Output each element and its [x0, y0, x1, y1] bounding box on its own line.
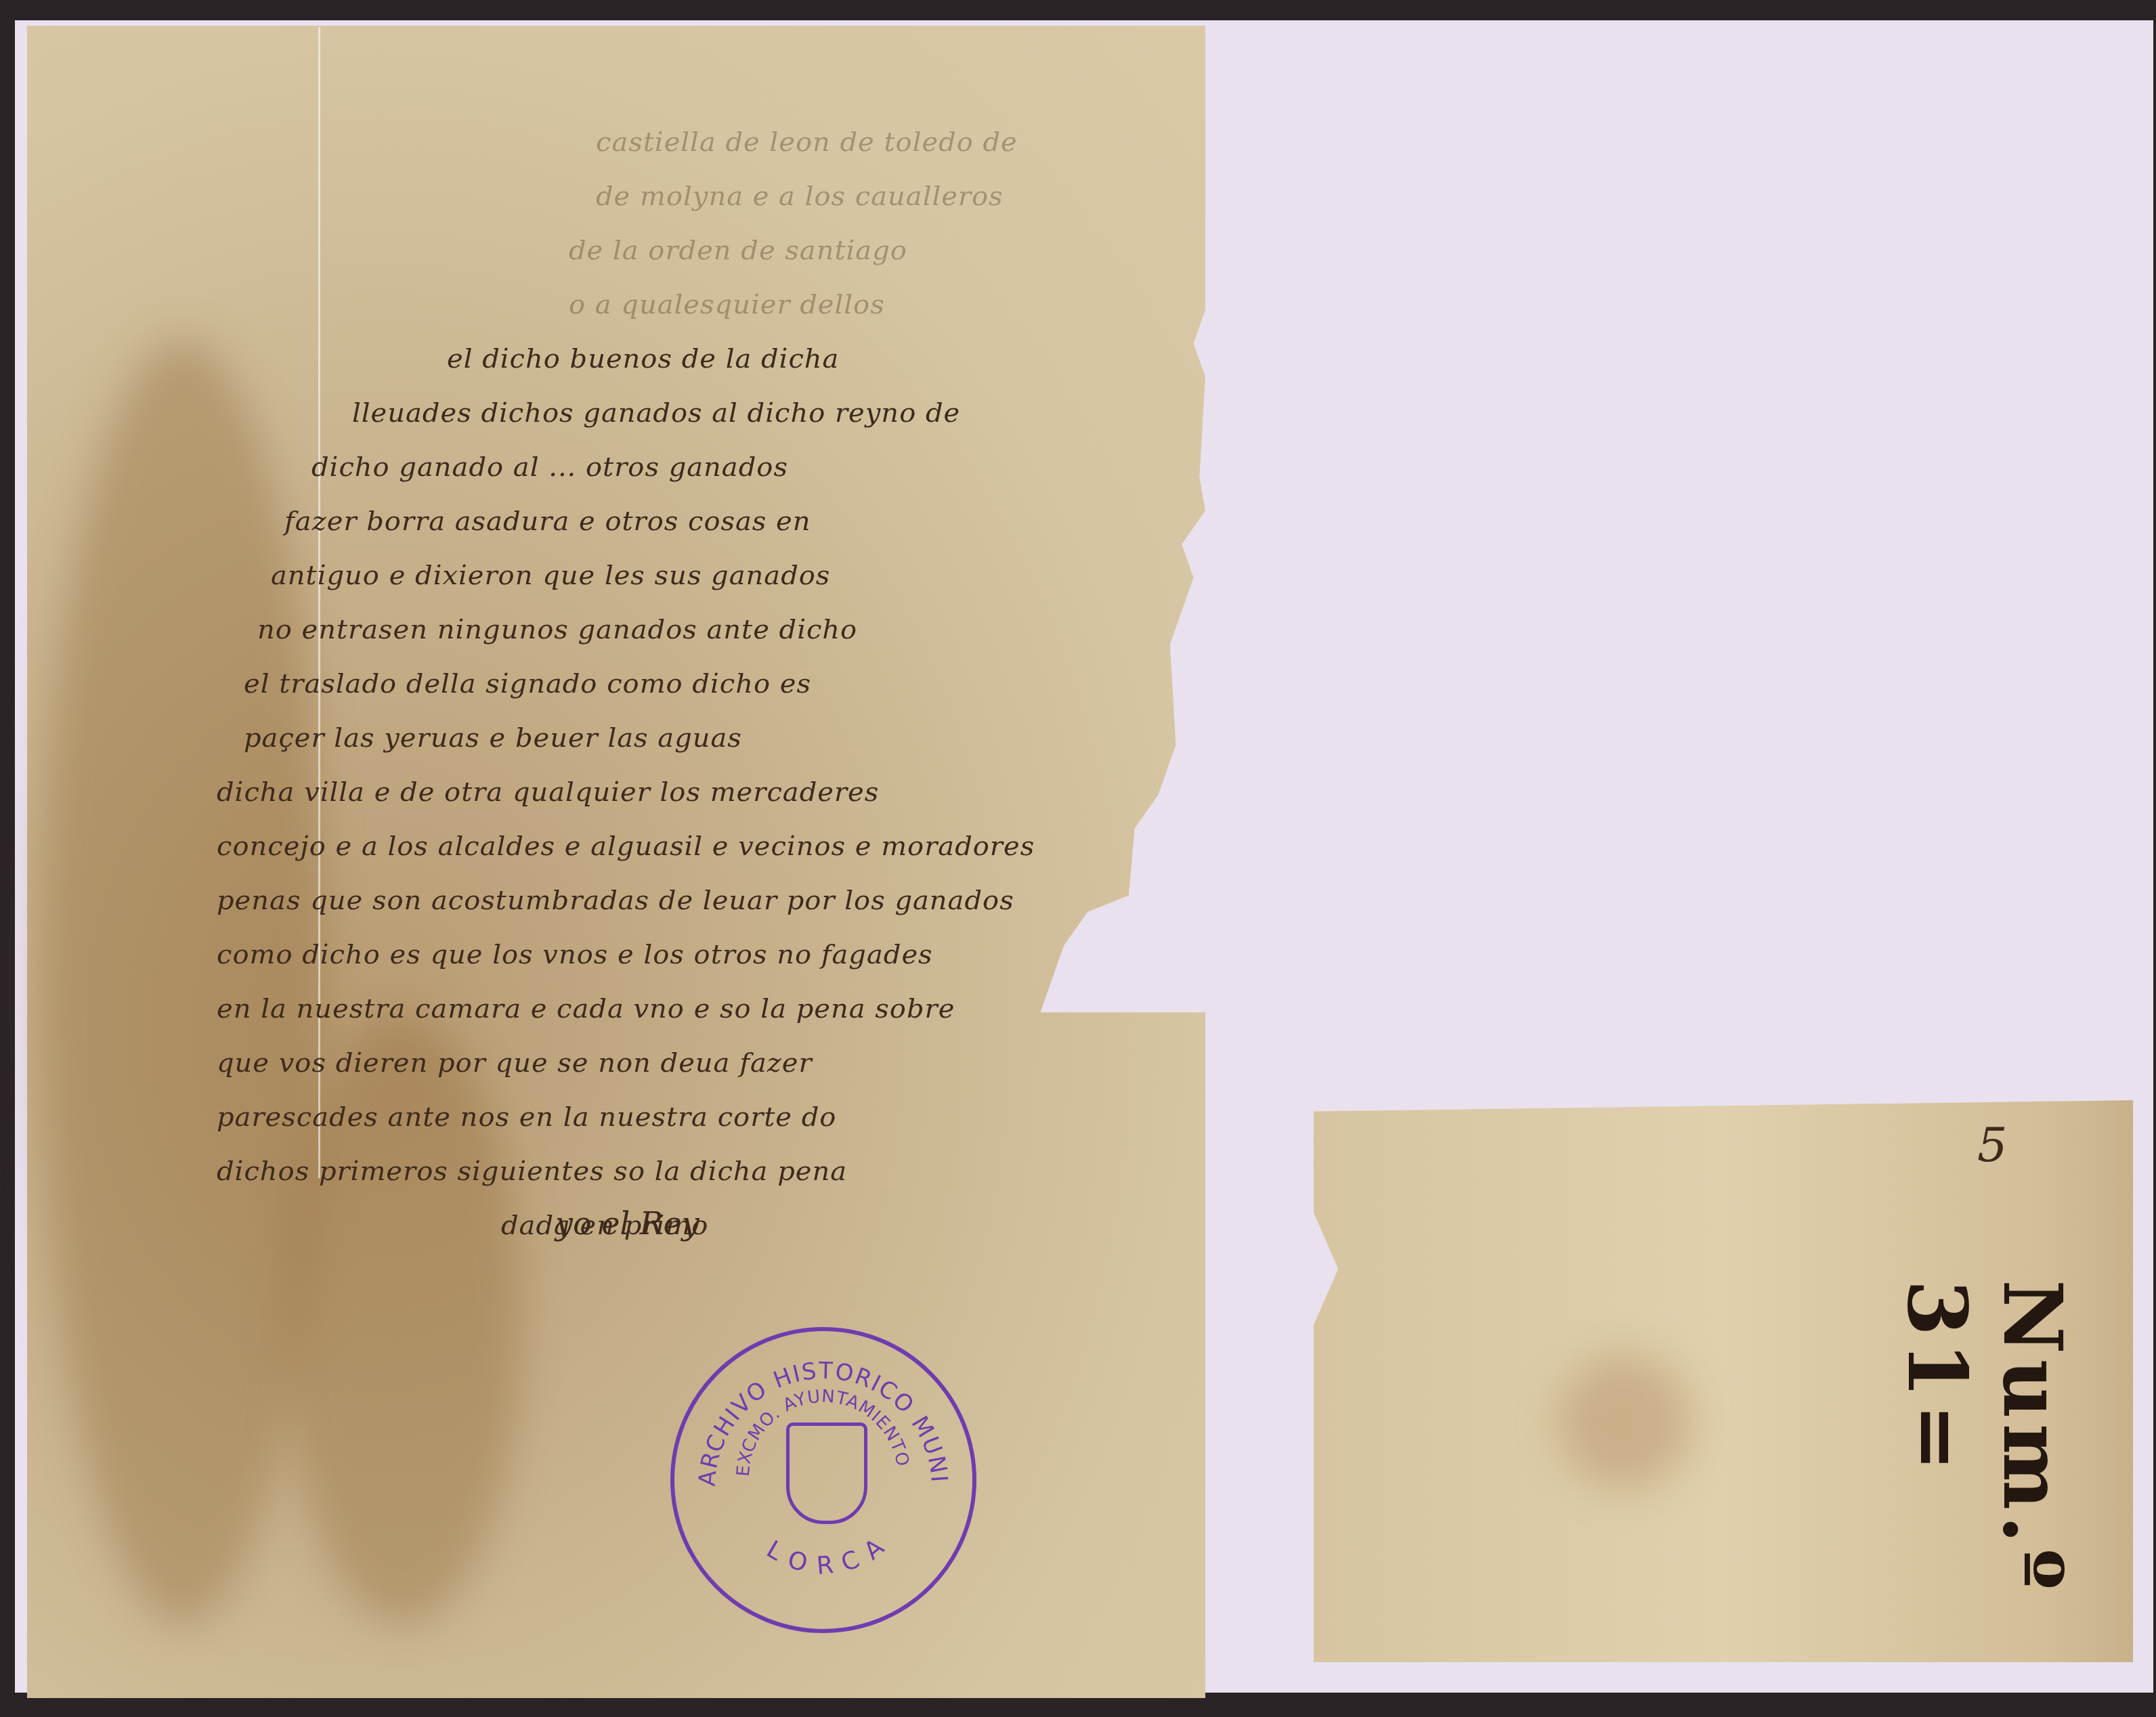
script-line: dada en primo — [217, 1198, 1192, 1253]
script-line: que vos dieren por que se non deua fazer — [217, 1036, 1192, 1090]
script-line: castiella de leon de toledo de — [217, 115, 1192, 169]
water-stain-right — [1557, 1354, 1693, 1490]
script-line: dicho ganado al ... otros ganados — [217, 440, 1192, 494]
coat-of-arms-icon — [786, 1422, 867, 1524]
script-line: el dicho buenos de la dicha — [217, 332, 1192, 386]
script-line: paçer las yeruas e beuer las aguas — [217, 711, 1192, 765]
manuscript-text: castiella de leon de toledo de de molyna… — [217, 115, 1192, 1253]
script-line: penas que son acostumbradas de leuar por… — [217, 873, 1192, 928]
script-line: el traslado della signado como dicho es — [217, 657, 1192, 711]
script-line: dicha villa e de otra qualquier los merc… — [217, 765, 1192, 819]
script-line: como dicho es que los vnos e los otros n… — [217, 928, 1192, 982]
archive-stamp: ARCHIVO HISTORICO MUNICIPAL EXCMO. AYUNT… — [670, 1327, 976, 1633]
shelfmark-number: Num.º 31= — [1889, 1280, 2080, 1717]
royal-signature: yo el Rey — [555, 1205, 699, 1242]
script-line: antiguo e dixieron que les sus ganados — [217, 548, 1192, 603]
script-line: fazer borra asadura e otros cosas en — [217, 494, 1192, 548]
script-line: no entrasen ningunos ganados ante dicho — [217, 603, 1192, 657]
corner-mark: 5 — [1977, 1117, 2008, 1173]
script-line: de la orden de santiago — [217, 223, 1192, 278]
script-line: dichos primeros siguientes so la dicha p… — [217, 1144, 1192, 1198]
stamp-bottom-text: LORCA — [762, 1526, 899, 1581]
script-line: en la nuestra camara e cada vno e so la … — [217, 982, 1192, 1036]
script-line: parescades ante nos en la nuestra corte … — [217, 1090, 1192, 1144]
script-line: o a qualesquier dellos — [217, 278, 1192, 332]
script-line: de molyna e a los caualleros — [217, 169, 1192, 223]
svg-text:LORCA: LORCA — [762, 1526, 899, 1581]
script-line: concejo e a los alcaldes e alguasil e ve… — [217, 819, 1192, 873]
script-line: lleuades dichos ganados al dicho reyno d… — [217, 386, 1192, 440]
